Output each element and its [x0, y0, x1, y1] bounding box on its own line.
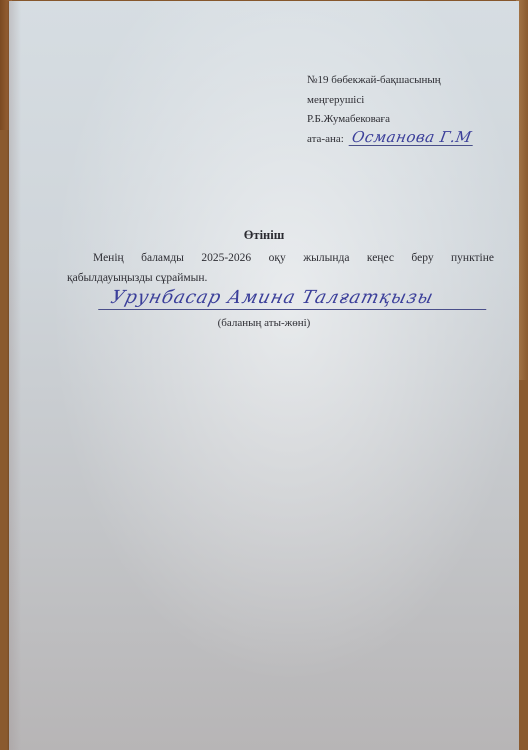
addressee-name: Р.Б.Жумабековаға — [307, 110, 473, 130]
paper-shadow — [9, 1, 21, 750]
addressee-institution: №19 бөбекжай-бақшасының — [307, 71, 473, 91]
child-name-handwritten: Урунбасар Амина Талғатқызы — [98, 287, 492, 310]
parent-signature: Османова Г.М — [348, 130, 474, 146]
parent-line: ата-ана: Османова Г.М — [307, 130, 473, 150]
addressee-position: меңгерушісі — [307, 91, 473, 111]
document-title: Өтініш — [9, 228, 519, 243]
parent-label: ата-ана: — [307, 133, 344, 145]
body-line-2: қабылдауыңызды сұраймын. — [67, 268, 494, 288]
body-line-1: Менің баламды 2025-2026 оқу жылында кеңе… — [93, 248, 494, 268]
document-body: Менің баламды 2025-2026 оқу жылында кеңе… — [93, 248, 494, 288]
addressee-block: №19 бөбекжай-бақшасының меңгерушісі Р.Б.… — [307, 71, 473, 149]
child-name-caption: (баланың аты-жөні) — [9, 317, 519, 329]
paper-sheet: №19 бөбекжай-бақшасының меңгерушісі Р.Б.… — [9, 1, 519, 750]
